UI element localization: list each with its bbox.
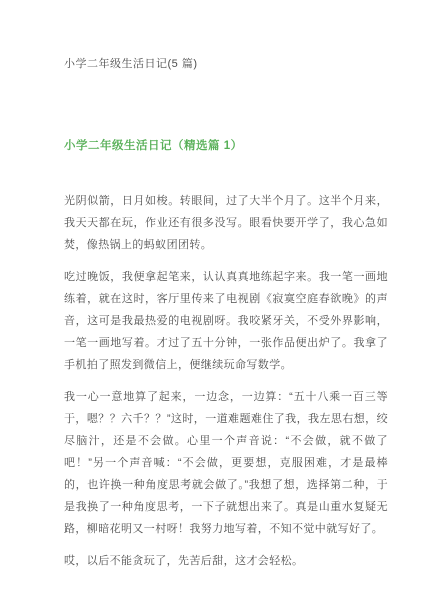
body-paragraph-4: 哎，以后不能贪玩了，先苦后甜，这才会轻松。 (64, 550, 388, 572)
section-heading: 小学二年级生活日记（精选篇 1） (64, 139, 388, 153)
document-title: 小学二年级生活日记(5 篇) (64, 57, 388, 71)
body-paragraph-2: 吃过晚饭，我便拿起笔来，认认真真地练起字来。我一笔一画地练着，就在这时，客厅里传… (64, 266, 388, 376)
body-paragraph-3: 我一心一意地算了起来，一边念，一边算：“五十八乘一百三等于，嗯？？六千？？”这时… (64, 386, 388, 540)
body-paragraph-1: 光阴似箭，日月如梭。转眼间，过了大半个月了。这半个月来，我天天都在玩，作业还有很… (64, 190, 388, 256)
document-page: 小学二年级生活日记(5 篇) 小学二年级生活日记（精选篇 1） 光阴似箭，日月如… (0, 0, 424, 600)
